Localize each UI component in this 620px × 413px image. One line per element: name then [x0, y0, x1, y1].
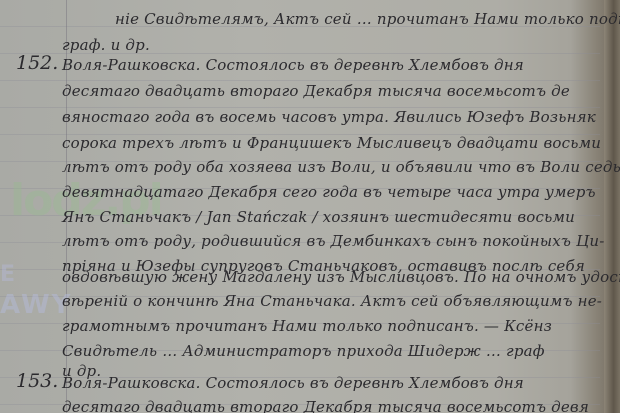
- entry-number-152: 152.: [16, 52, 58, 74]
- text-line-4: десятаго двадцать втораго Декабря тысяча…: [62, 82, 570, 100]
- text-line-6: сорока трехъ лѣтъ и Францишекъ Мысливецъ…: [62, 134, 601, 152]
- text-line-15: Свидѣтель … Администраторъ прихода Шидер…: [62, 342, 545, 360]
- text-line-9: Янъ Станьчакъ / Jan Stańczak / хозяинъ ш…: [62, 208, 575, 226]
- text-line-12: овдовѣвшую жену Магдалену изъ Мысливцовъ…: [62, 268, 620, 286]
- text-line-18: десятаго двадцать втораго Декабря тысяча…: [62, 398, 589, 413]
- text-line-10: лѣтъ отъ роду, родившийся въ Дембинкахъ …: [62, 232, 605, 250]
- lower-watermark-fragment: E: [0, 262, 15, 287]
- page-binding: [604, 0, 620, 413]
- register-page: lodz.pl E AWY ніе Свидѣтелямъ, Актъ сей …: [0, 0, 620, 413]
- text-line-1: ніе Свидѣтелямъ, Актъ сей … прочитанъ На…: [115, 10, 620, 28]
- text-line-2: граф. и др.: [62, 36, 150, 54]
- text-line-13: вѣреній о кончинѣ Яна Станьчака. Актъ се…: [62, 292, 602, 310]
- text-line-17: Воля-Рашковска. Состоялось въ деревнѣ Хл…: [62, 374, 524, 392]
- text-line-5: вяностаго года въ восемь часовъ утра. Яв…: [62, 108, 596, 126]
- text-line-7: лѣтъ отъ роду оба хозяева изъ Воли, и об…: [62, 158, 620, 176]
- text-line-3: Воля-Рашковска. Состоялось въ деревнѣ Хл…: [62, 56, 524, 74]
- text-line-8: девятнадцатаго Декабря сего года въ четы…: [62, 183, 596, 201]
- entry-number-153: 153.: [16, 370, 58, 392]
- text-line-14: грамотнымъ прочитанъ Нами только подписа…: [62, 317, 552, 335]
